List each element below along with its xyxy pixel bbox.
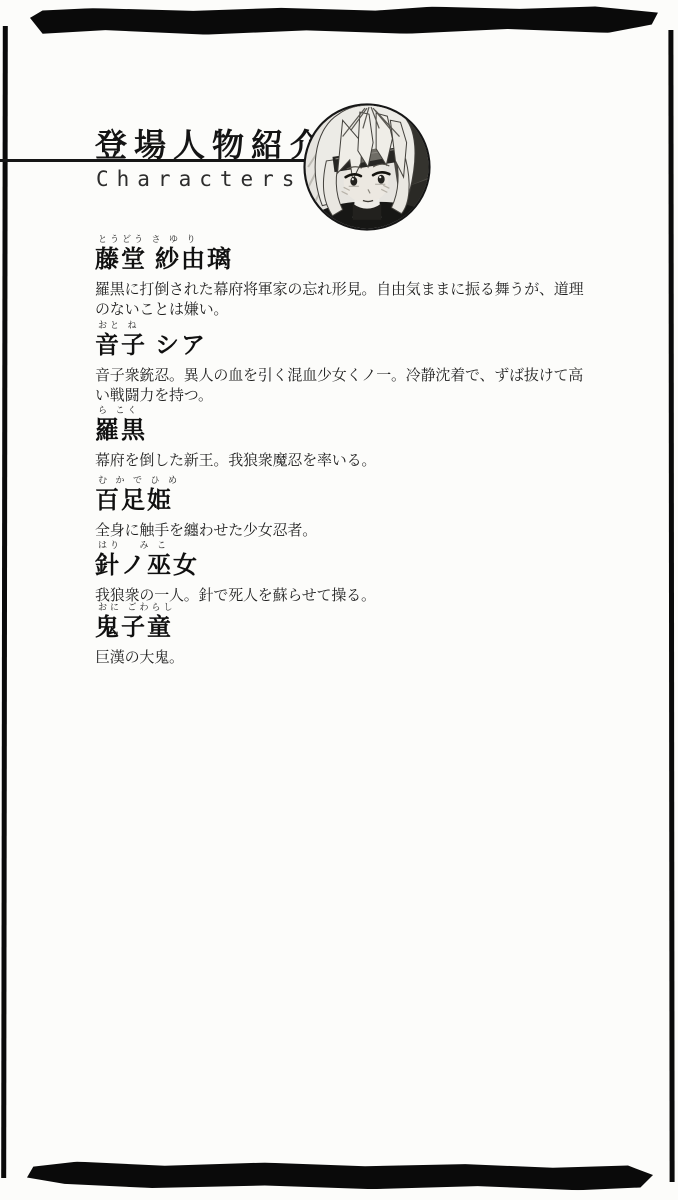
character-entry: おと ね 音子 シア 音子衆銃忍。異人の血を引く混血少女くノ一。冷静沈着で、ずば… [95,319,660,406]
character-name: 鬼子童 [95,613,660,643]
character-furigana: とうどう さ ゆ り [98,233,660,245]
scan-artifact-left [1,26,8,1178]
page-subtitle: Characters [96,167,302,191]
character-furigana: はり み こ [98,539,660,551]
character-furigana: む か で ひ め [98,474,660,486]
character-description: 音子衆銃忍。異人の血を引く混血少女くノ一。冷静沈着で、ずば抜けて高 い戦闘力を持… [95,366,655,406]
character-description: 全身に触手を纏わせた少女忍者。 [95,521,655,541]
character-entry: はり み こ 針ノ巫女 我狼衆の一人。針で死人を蘇らせて操る。 [95,539,660,606]
character-furigana: おに ごわらし [98,601,660,613]
character-description: 幕府を倒した新王。我狼衆魔忍を率いる。 [95,451,655,471]
character-name: 羅黒 [95,416,660,446]
character-name: 音子 シア [95,331,660,361]
manga-character-page: 登場人物紹介 Characters [0,0,678,1200]
character-entry: む か で ひ め 百足姫 全身に触手を纏わせた少女忍者。 [95,474,660,541]
character-entry: おに ごわらし 鬼子童 巨漢の大鬼。 [95,601,660,668]
character-portrait [302,102,432,232]
character-name: 百足姫 [95,486,660,516]
title-underline [0,159,310,162]
character-furigana: おと ね [98,319,660,331]
scan-artifact-right [668,30,674,1182]
character-furigana: ら こく [98,404,660,416]
character-name: 藤堂 紗由璃 [95,245,660,275]
character-entry: ら こく 羅黒 幕府を倒した新王。我狼衆魔忍を率いる。 [95,404,660,471]
character-name: 針ノ巫女 [95,551,660,581]
character-description: 巨漢の大鬼。 [95,648,655,668]
scan-artifact-bottom [27,1161,653,1190]
character-entry: とうどう さ ゆ り 藤堂 紗由璃 羅黒に打倒された幕府将軍家の忘れ形見。自由気… [95,233,660,320]
character-description: 羅黒に打倒された幕府将軍家の忘れ形見。自由気ままに振る舞うが、道理 のないことは… [95,280,655,320]
scan-artifact-top [30,6,658,36]
